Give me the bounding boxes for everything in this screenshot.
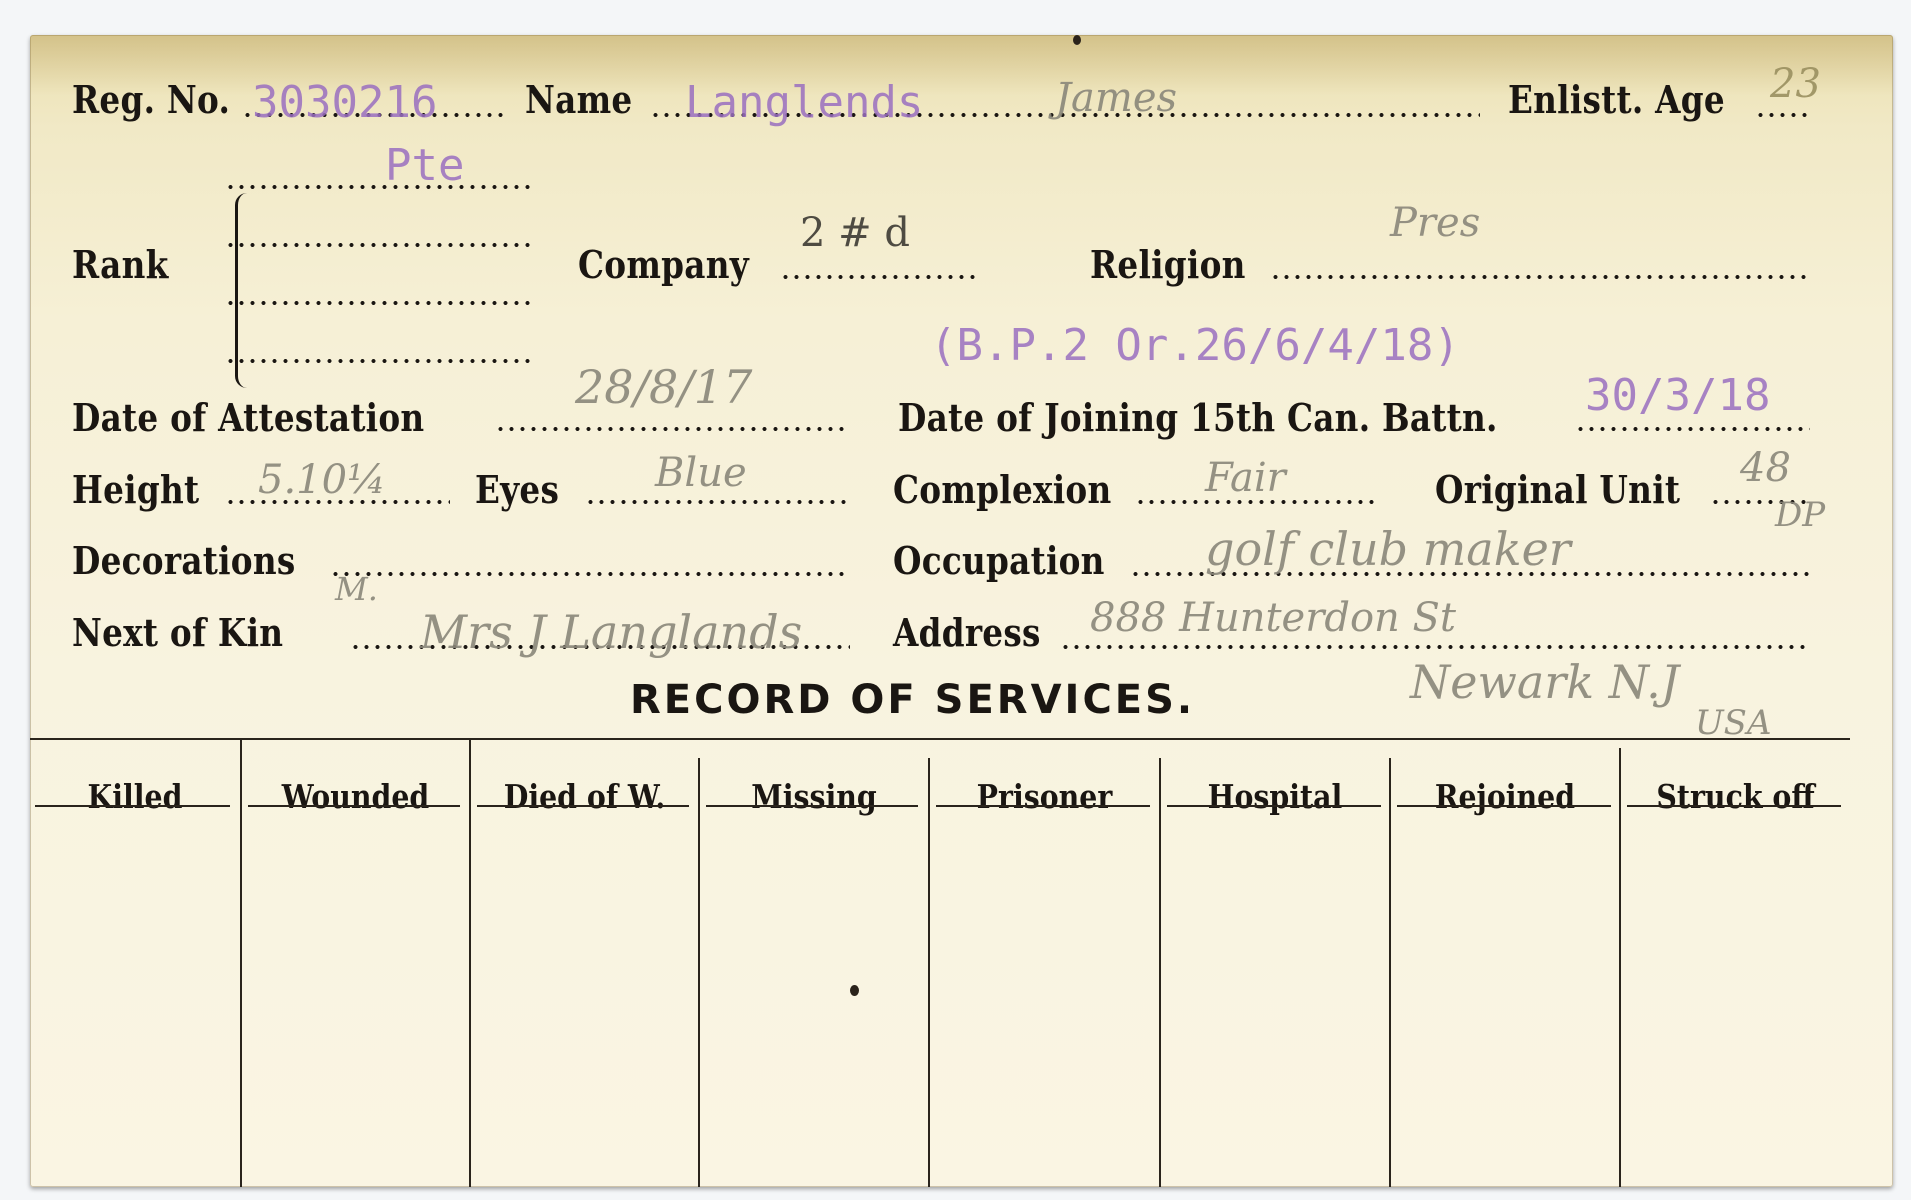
- occupation-value: golf club maker: [1205, 522, 1571, 576]
- column-divider-5: [1159, 758, 1161, 1187]
- rank-line-2: [225, 243, 535, 247]
- name-label: Name: [525, 77, 632, 122]
- col-header-killed: Killed: [45, 777, 226, 816]
- next-of-kin-value: Mrs J Langlands: [420, 605, 802, 659]
- enlist-age-label: Enlistt. Age: [1508, 77, 1725, 122]
- header-underline-1: [35, 805, 230, 807]
- header-underline-3: [477, 805, 689, 807]
- name-given-value: James: [1055, 75, 1177, 121]
- service-record-card: Reg. No. 3030216 Name Langlends James En…: [30, 35, 1893, 1187]
- date-joining-label: Date of Joining 15th Can. Battn.: [898, 395, 1498, 440]
- order-stamp: (B.P.2 Or.26/6/4/18): [930, 320, 1460, 371]
- rank-line-1: [225, 185, 535, 189]
- column-divider-3: [698, 758, 700, 1187]
- company-value: 2 # d: [800, 210, 910, 256]
- height-label: Height: [72, 467, 199, 512]
- height-value: 5.10¼: [258, 457, 386, 503]
- date-attestation-label: Date of Attestation: [72, 395, 424, 440]
- column-divider-7: [1619, 748, 1621, 1187]
- column-divider-4: [928, 758, 930, 1187]
- reg-no-label: Reg. No.: [72, 77, 230, 122]
- original-unit-value: 48: [1740, 445, 1791, 491]
- decorations-dotted-line: [330, 572, 850, 576]
- original-unit-label: Original Unit: [1435, 467, 1680, 512]
- company-dotted-line: [780, 275, 980, 279]
- occupation-label: Occupation: [893, 538, 1105, 583]
- eyes-value: Blue: [655, 450, 747, 496]
- original-unit-note: DP: [1775, 495, 1825, 535]
- date-joining-dotted-line: [1575, 427, 1810, 431]
- next-of-kin-label: Next of Kin: [72, 610, 283, 655]
- address-dotted-line: [1060, 645, 1810, 649]
- date-attestation-dotted-line: [495, 427, 850, 431]
- enlist-age-value: 23: [1770, 61, 1821, 107]
- header-underline-6: [1167, 805, 1381, 807]
- enlist-age-dotted-line: [1755, 113, 1810, 117]
- rank-label: Rank: [72, 242, 169, 287]
- religion-value: Pres: [1390, 200, 1480, 246]
- religion-label: Religion: [1090, 242, 1246, 287]
- column-divider-2: [469, 738, 471, 1187]
- record-of-services-title: RECORD OF SERVICES.: [630, 677, 1195, 723]
- table-top-rule: [30, 738, 1850, 740]
- next-of-kin-note: M.: [335, 570, 378, 608]
- header-underline-5: [936, 805, 1150, 807]
- column-divider-6: [1389, 758, 1391, 1187]
- header-underline-4: [706, 805, 918, 807]
- col-header-hospital: Hospital: [1177, 777, 1373, 816]
- header-underline-2: [248, 805, 460, 807]
- address-line-2: Newark N.J: [1410, 655, 1679, 709]
- decorations-label: Decorations: [72, 538, 296, 583]
- rank-value: Pte: [385, 140, 464, 191]
- rank-line-4: [225, 359, 535, 363]
- address-line-1: 888 Hunterdon St: [1090, 595, 1456, 641]
- col-header-struck-off: Struck off: [1637, 777, 1834, 816]
- column-divider-1: [240, 738, 242, 1187]
- col-header-wounded: Wounded: [258, 777, 453, 816]
- ink-spot: [850, 985, 859, 996]
- address-line-3: USA: [1695, 703, 1772, 743]
- name-surname-value: Langlends: [685, 77, 923, 128]
- rank-line-3: [225, 301, 535, 305]
- pin-hole: [1073, 35, 1081, 45]
- complexion-value: Fair: [1205, 455, 1286, 501]
- header-underline-7: [1397, 805, 1611, 807]
- eyes-dotted-line: [585, 500, 850, 504]
- col-header-rejoined: Rejoined: [1407, 777, 1603, 816]
- complexion-label: Complexion: [893, 467, 1111, 512]
- col-header-missing: Missing: [716, 777, 912, 816]
- col-header-prisoner: Prisoner: [946, 777, 1143, 816]
- reg-no-value: 3030216: [252, 77, 437, 128]
- header-underline-8: [1627, 805, 1841, 807]
- col-header-died-of-wounds: Died of W.: [487, 777, 682, 816]
- address-label: Address: [893, 610, 1041, 655]
- company-label: Company: [578, 242, 749, 287]
- religion-dotted-line: [1270, 275, 1810, 279]
- date-joining-value: 30/3/18: [1585, 370, 1770, 421]
- date-attestation-value: 28/8/17: [575, 360, 752, 414]
- eyes-label: Eyes: [475, 467, 559, 512]
